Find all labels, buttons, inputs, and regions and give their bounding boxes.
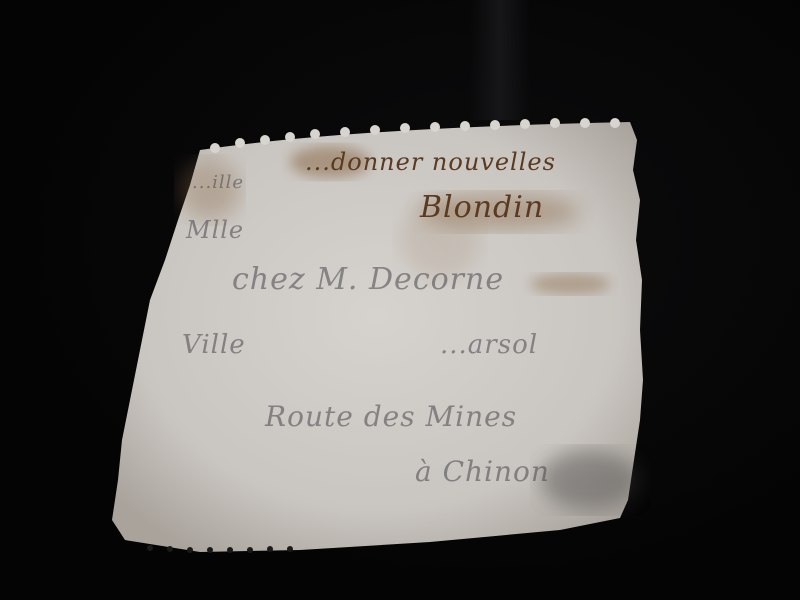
left-fragment-2: Mlle — [186, 216, 244, 244]
left-fragment-1: ...ille — [192, 172, 244, 193]
line-donner-nouvelles: ...donner nouvelles — [305, 148, 556, 176]
line-a-chinon: à Chinon — [415, 455, 550, 488]
line-route-des-mines: Route des Mines — [265, 400, 517, 433]
left-fragment-3: Ville — [182, 330, 246, 360]
line-blondin: Blondin — [420, 190, 544, 225]
cloth-label — [0, 0, 800, 600]
line-chez-decorne: chez M. Decorne — [232, 262, 504, 297]
line-arsol: ...arsol — [440, 330, 538, 360]
